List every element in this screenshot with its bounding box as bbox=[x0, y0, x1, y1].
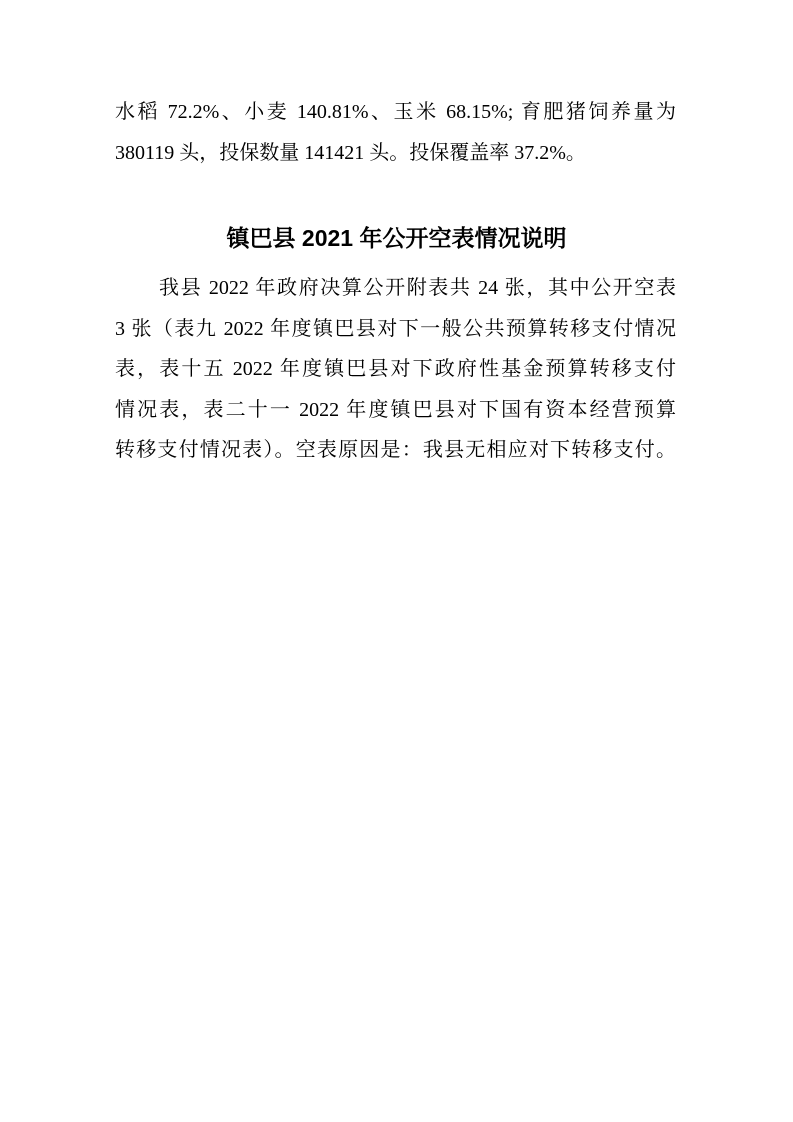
intro-line-1: 水稻 72.2%、小麦 140.81%、玉米 68.15%; 育肥猪饲养量为 bbox=[115, 92, 676, 133]
section-line-2: 3 张（表九 2022 年度镇巴县对下一般公共预算转移支付情况 bbox=[115, 309, 676, 350]
section-heading: 镇巴县 2021 年公开空表情况说明 bbox=[0, 218, 793, 258]
document-page: 水稻 72.2%、小麦 140.81%、玉米 68.15%; 育肥猪饲养量为 3… bbox=[0, 0, 793, 1122]
intro-paragraph: 水稻 72.2%、小麦 140.81%、玉米 68.15%; 育肥猪饲养量为 3… bbox=[115, 92, 676, 173]
section-line-3: 表，表十五 2022 年度镇巴县对下政府性基金预算转移支付 bbox=[115, 349, 676, 390]
section-line-4: 情况表，表二十一 2022 年度镇巴县对下国有资本经营预算 bbox=[115, 390, 676, 431]
intro-line-2: 380119 头，投保数量 141421 头。投保覆盖率 37.2%。 bbox=[115, 133, 676, 174]
section-line-5: 转移支付情况表）。空表原因是：我县无相应对下转移支付。 bbox=[115, 430, 676, 471]
section-line-1: 我县 2022 年政府决算公开附表共 24 张，其中公开空表 bbox=[115, 268, 676, 309]
section-paragraph: 我县 2022 年政府决算公开附表共 24 张，其中公开空表 3 张（表九 20… bbox=[115, 268, 676, 471]
